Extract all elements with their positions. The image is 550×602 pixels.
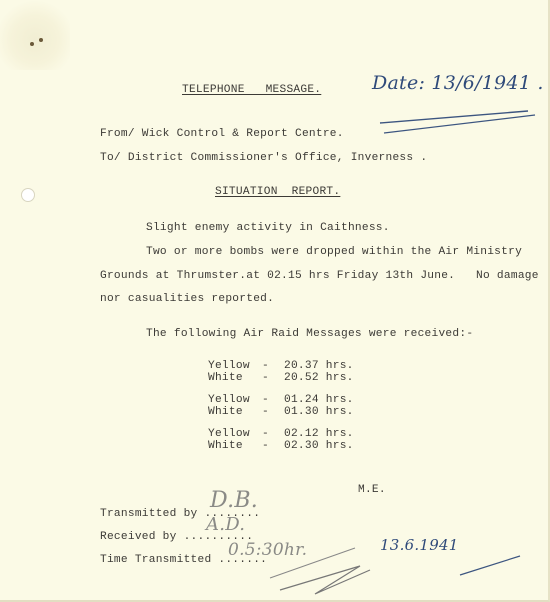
message-colour: White [208,406,243,418]
typist-initials: M.E. [358,484,386,496]
message-time: 01.24 hrs. [284,394,354,406]
message-time: 20.37 hrs. [284,360,354,372]
body-para2-line2: Grounds at Thrumster.at 02.15 hrs Friday… [100,270,539,282]
pen-underline-strokes [0,0,550,602]
received-by-signature: A.D. [206,514,245,535]
message-colour: Yellow [208,428,250,440]
handwritten-footer-date: 13.6.1941 [380,536,459,554]
body-para2-line3: nor casualities reported. [100,293,274,305]
message-sep: - [262,394,269,406]
body-para2-line1: Two or more bombs were dropped within th… [146,246,522,258]
from-line: From/ Wick Control & Report Centre. [100,128,344,140]
message-time: 01.30 hrs. [284,406,354,418]
message-sep: - [262,428,269,440]
message-colour: Yellow [208,394,250,406]
message-time: 02.30 hrs. [284,440,354,452]
message-sep: - [262,440,269,452]
to-line: To/ District Commissioner's Office, Inve… [100,152,427,164]
message-time: 02.12 hrs. [284,428,354,440]
message-time: 20.52 hrs. [284,372,354,384]
messages-intro: The following Air Raid Messages were rec… [146,328,473,340]
message-sep: - [262,360,269,372]
message-sep: - [262,406,269,418]
situation-report-heading: SITUATION REPORT. [215,186,340,198]
transmitted-by-signature: D.B. [210,488,258,513]
message-colour: White [208,440,243,452]
time-transmitted-value: 0.5:30hr. [228,540,307,560]
document-page: TELEPHONE MESSAGE. Date: 13/6/1941 . Fro… [0,0,550,602]
message-colour: Yellow [208,360,250,372]
message-colour: White [208,372,243,384]
message-sep: - [262,372,269,384]
body-para1: Slight enemy activity in Caithness. [146,222,390,234]
